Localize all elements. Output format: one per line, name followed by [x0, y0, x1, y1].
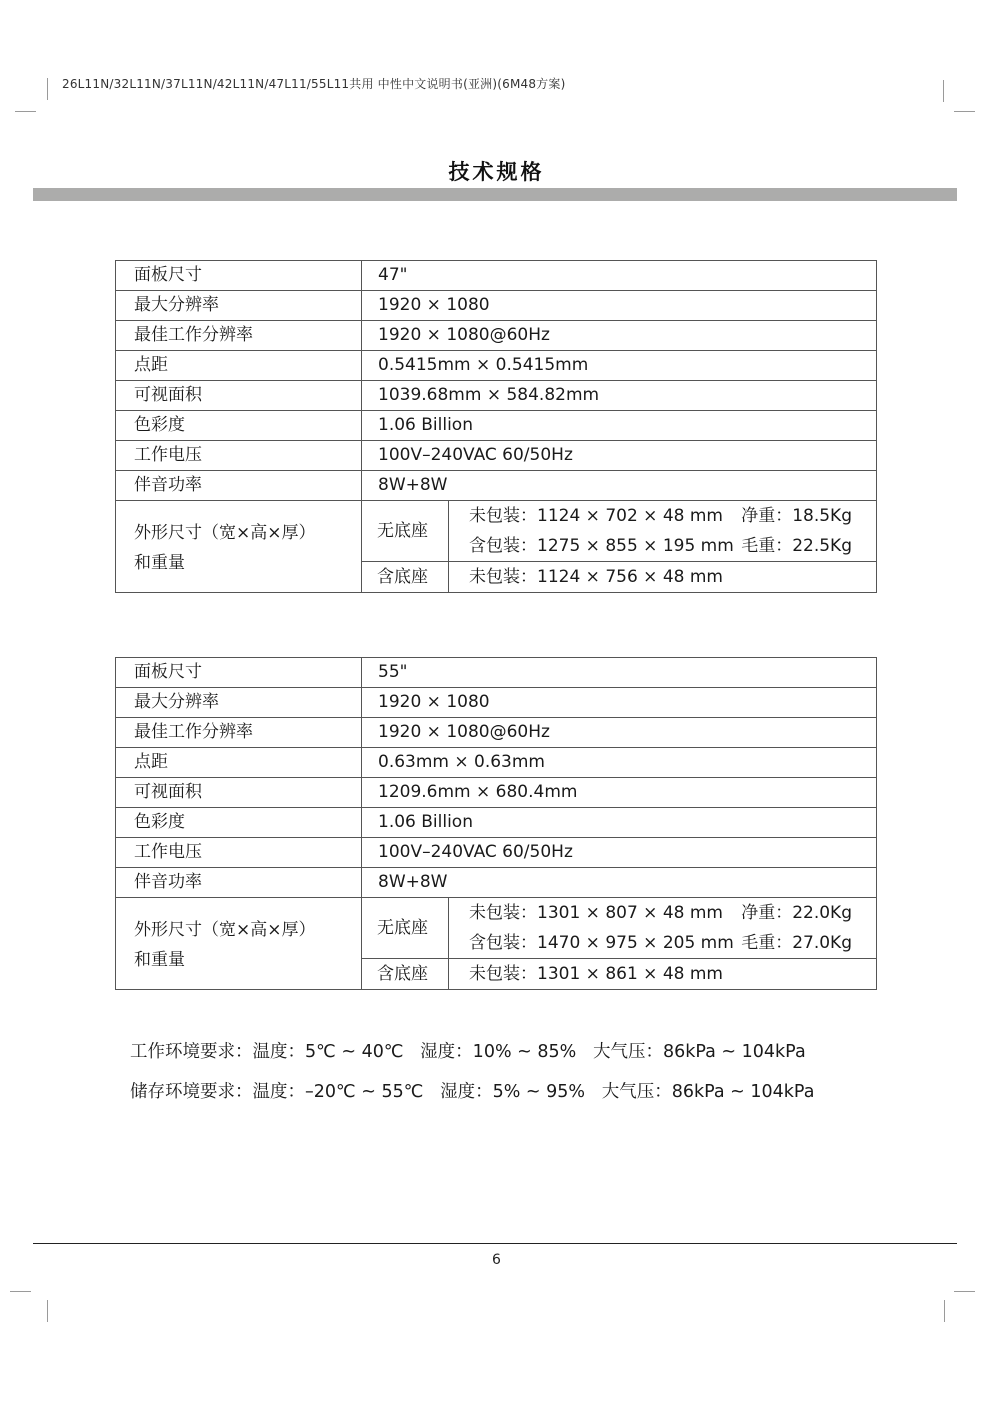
crop-mark-bottom-left-vertical — [47, 1300, 48, 1322]
spec-value: 1039.68mm × 584.82mm — [362, 381, 877, 411]
spec-value: 100V–240VAC 60/50Hz — [362, 838, 877, 868]
page-title: 技术规格 — [0, 156, 993, 186]
table-row: 最佳工作分辨率 1920 × 1080@60Hz — [116, 321, 877, 351]
table-row: 伴音功率 8W+8W — [116, 471, 877, 501]
dimensions-label-cell: 外形尺寸（宽×高×厚） 和重量 — [116, 898, 362, 990]
spec-label: 工作电压 — [116, 838, 362, 868]
spec-label: 可视面积 — [116, 778, 362, 808]
spec-label: 工作电压 — [116, 441, 362, 471]
table-row: 色彩度 1.06 Billion — [116, 411, 877, 441]
spec-value: 1920 × 1080 — [362, 291, 877, 321]
table-row-dimensions: 外形尺寸（宽×高×厚） 和重量 无底座 未包装：1124 × 702 × 48 … — [116, 501, 877, 562]
spec-label: 最大分辨率 — [116, 291, 362, 321]
table-row: 面板尺寸 47" — [116, 261, 877, 291]
packed-dimensions: 含包装：1275 × 855 × 195 mm — [469, 531, 734, 561]
with-stand-unpacked-dimensions: 未包装：1124 × 756 × 48 mm — [449, 562, 877, 593]
unpacked-dimensions: 未包装：1301 × 807 × 48 mm — [469, 898, 723, 928]
dimensions-label-line1: 外形尺寸（宽×高×厚） — [134, 915, 361, 945]
spec-value: 1.06 Billion — [362, 411, 877, 441]
spec-value: 47" — [362, 261, 877, 291]
spec-value: 8W+8W — [362, 471, 877, 501]
spec-value: 55" — [362, 658, 877, 688]
spec-value: 1920 × 1080 — [362, 688, 877, 718]
spec-label: 点距 — [116, 351, 362, 381]
gross-weight: 毛重：27.0Kg — [741, 928, 852, 958]
document-header: 26L11N/32L11N/37L11N/42L11N/47L11/55L11共… — [62, 75, 565, 92]
net-weight: 净重：18.5Kg — [741, 501, 852, 531]
table-row: 伴音功率 8W+8W — [116, 868, 877, 898]
without-stand-values: 未包装：1301 × 807 × 48 mm 净重：22.0Kg 含包装：147… — [449, 898, 877, 959]
footer-divider — [33, 1243, 957, 1244]
with-stand-unpacked-dimensions: 未包装：1301 × 861 × 48 mm — [449, 959, 877, 990]
crop-mark-bottom-left-horizontal — [10, 1291, 31, 1292]
table-row: 面板尺寸 55" — [116, 658, 877, 688]
dimensions-label-line2: 和重量 — [134, 945, 361, 975]
table-row: 最大分辨率 1920 × 1080 — [116, 291, 877, 321]
storage-environment: 储存环境要求：温度：–20℃ ~ 55℃ 湿度：5% ~ 95% 大气压：86k… — [130, 1078, 814, 1103]
spec-label: 面板尺寸 — [116, 261, 362, 291]
table-row: 点距 0.63mm × 0.63mm — [116, 748, 877, 778]
spec-value: 1.06 Billion — [362, 808, 877, 838]
gross-weight: 毛重：22.5Kg — [741, 531, 852, 561]
unpacked-dimensions: 未包装：1124 × 702 × 48 mm — [469, 501, 723, 531]
operating-environment: 工作环境要求：温度：5℃ ~ 40℃ 湿度：10% ~ 85% 大气压：86kP… — [130, 1038, 806, 1063]
crop-mark-bottom-right-horizontal — [954, 1291, 975, 1292]
spec-label: 可视面积 — [116, 381, 362, 411]
spec-value: 0.63mm × 0.63mm — [362, 748, 877, 778]
page-number: 6 — [0, 1252, 993, 1268]
crop-mark-top-left-horizontal — [15, 111, 36, 112]
spec-value: 8W+8W — [362, 868, 877, 898]
crop-mark-top-right-horizontal — [954, 111, 975, 112]
table-row: 工作电压 100V–240VAC 60/50Hz — [116, 838, 877, 868]
with-stand-label: 含底座 — [362, 562, 449, 593]
spec-label: 最大分辨率 — [116, 688, 362, 718]
spec-table-47: 面板尺寸 47" 最大分辨率 1920 × 1080 最佳工作分辨率 1920 … — [115, 260, 877, 593]
spec-label: 点距 — [116, 748, 362, 778]
net-weight: 净重：22.0Kg — [741, 898, 852, 928]
spec-value: 0.5415mm × 0.5415mm — [362, 351, 877, 381]
table-row: 可视面积 1209.6mm × 680.4mm — [116, 778, 877, 808]
dimensions-label-line1: 外形尺寸（宽×高×厚） — [134, 518, 361, 548]
spec-table-55: 面板尺寸 55" 最大分辨率 1920 × 1080 最佳工作分辨率 1920 … — [115, 657, 877, 990]
table-row: 可视面积 1039.68mm × 584.82mm — [116, 381, 877, 411]
table-row: 色彩度 1.06 Billion — [116, 808, 877, 838]
dimensions-label-cell: 外形尺寸（宽×高×厚） 和重量 — [116, 501, 362, 593]
with-stand-label: 含底座 — [362, 959, 449, 990]
spec-label: 最佳工作分辨率 — [116, 718, 362, 748]
table-row: 最大分辨率 1920 × 1080 — [116, 688, 877, 718]
without-stand-label: 无底座 — [362, 501, 449, 562]
crop-mark-top-right-vertical — [943, 80, 944, 102]
spec-label: 伴音功率 — [116, 471, 362, 501]
spec-label: 伴音功率 — [116, 868, 362, 898]
dimensions-label-line2: 和重量 — [134, 548, 361, 578]
spec-label: 色彩度 — [116, 411, 362, 441]
spec-label: 最佳工作分辨率 — [116, 321, 362, 351]
spec-value: 1920 × 1080@60Hz — [362, 321, 877, 351]
table-row: 最佳工作分辨率 1920 × 1080@60Hz — [116, 718, 877, 748]
packed-dimensions: 含包装：1470 × 975 × 205 mm — [469, 928, 734, 958]
without-stand-values: 未包装：1124 × 702 × 48 mm 净重：18.5Kg 含包装：127… — [449, 501, 877, 562]
spec-label: 色彩度 — [116, 808, 362, 838]
title-divider-bar — [33, 188, 957, 201]
crop-mark-top-left-vertical — [47, 78, 48, 100]
table-row-dimensions: 外形尺寸（宽×高×厚） 和重量 无底座 未包装：1301 × 807 × 48 … — [116, 898, 877, 959]
crop-mark-bottom-right-vertical — [944, 1300, 945, 1322]
table-row: 工作电压 100V–240VAC 60/50Hz — [116, 441, 877, 471]
table-row: 点距 0.5415mm × 0.5415mm — [116, 351, 877, 381]
spec-value: 1209.6mm × 680.4mm — [362, 778, 877, 808]
without-stand-label: 无底座 — [362, 898, 449, 959]
spec-label: 面板尺寸 — [116, 658, 362, 688]
spec-value: 100V–240VAC 60/50Hz — [362, 441, 877, 471]
spec-value: 1920 × 1080@60Hz — [362, 718, 877, 748]
